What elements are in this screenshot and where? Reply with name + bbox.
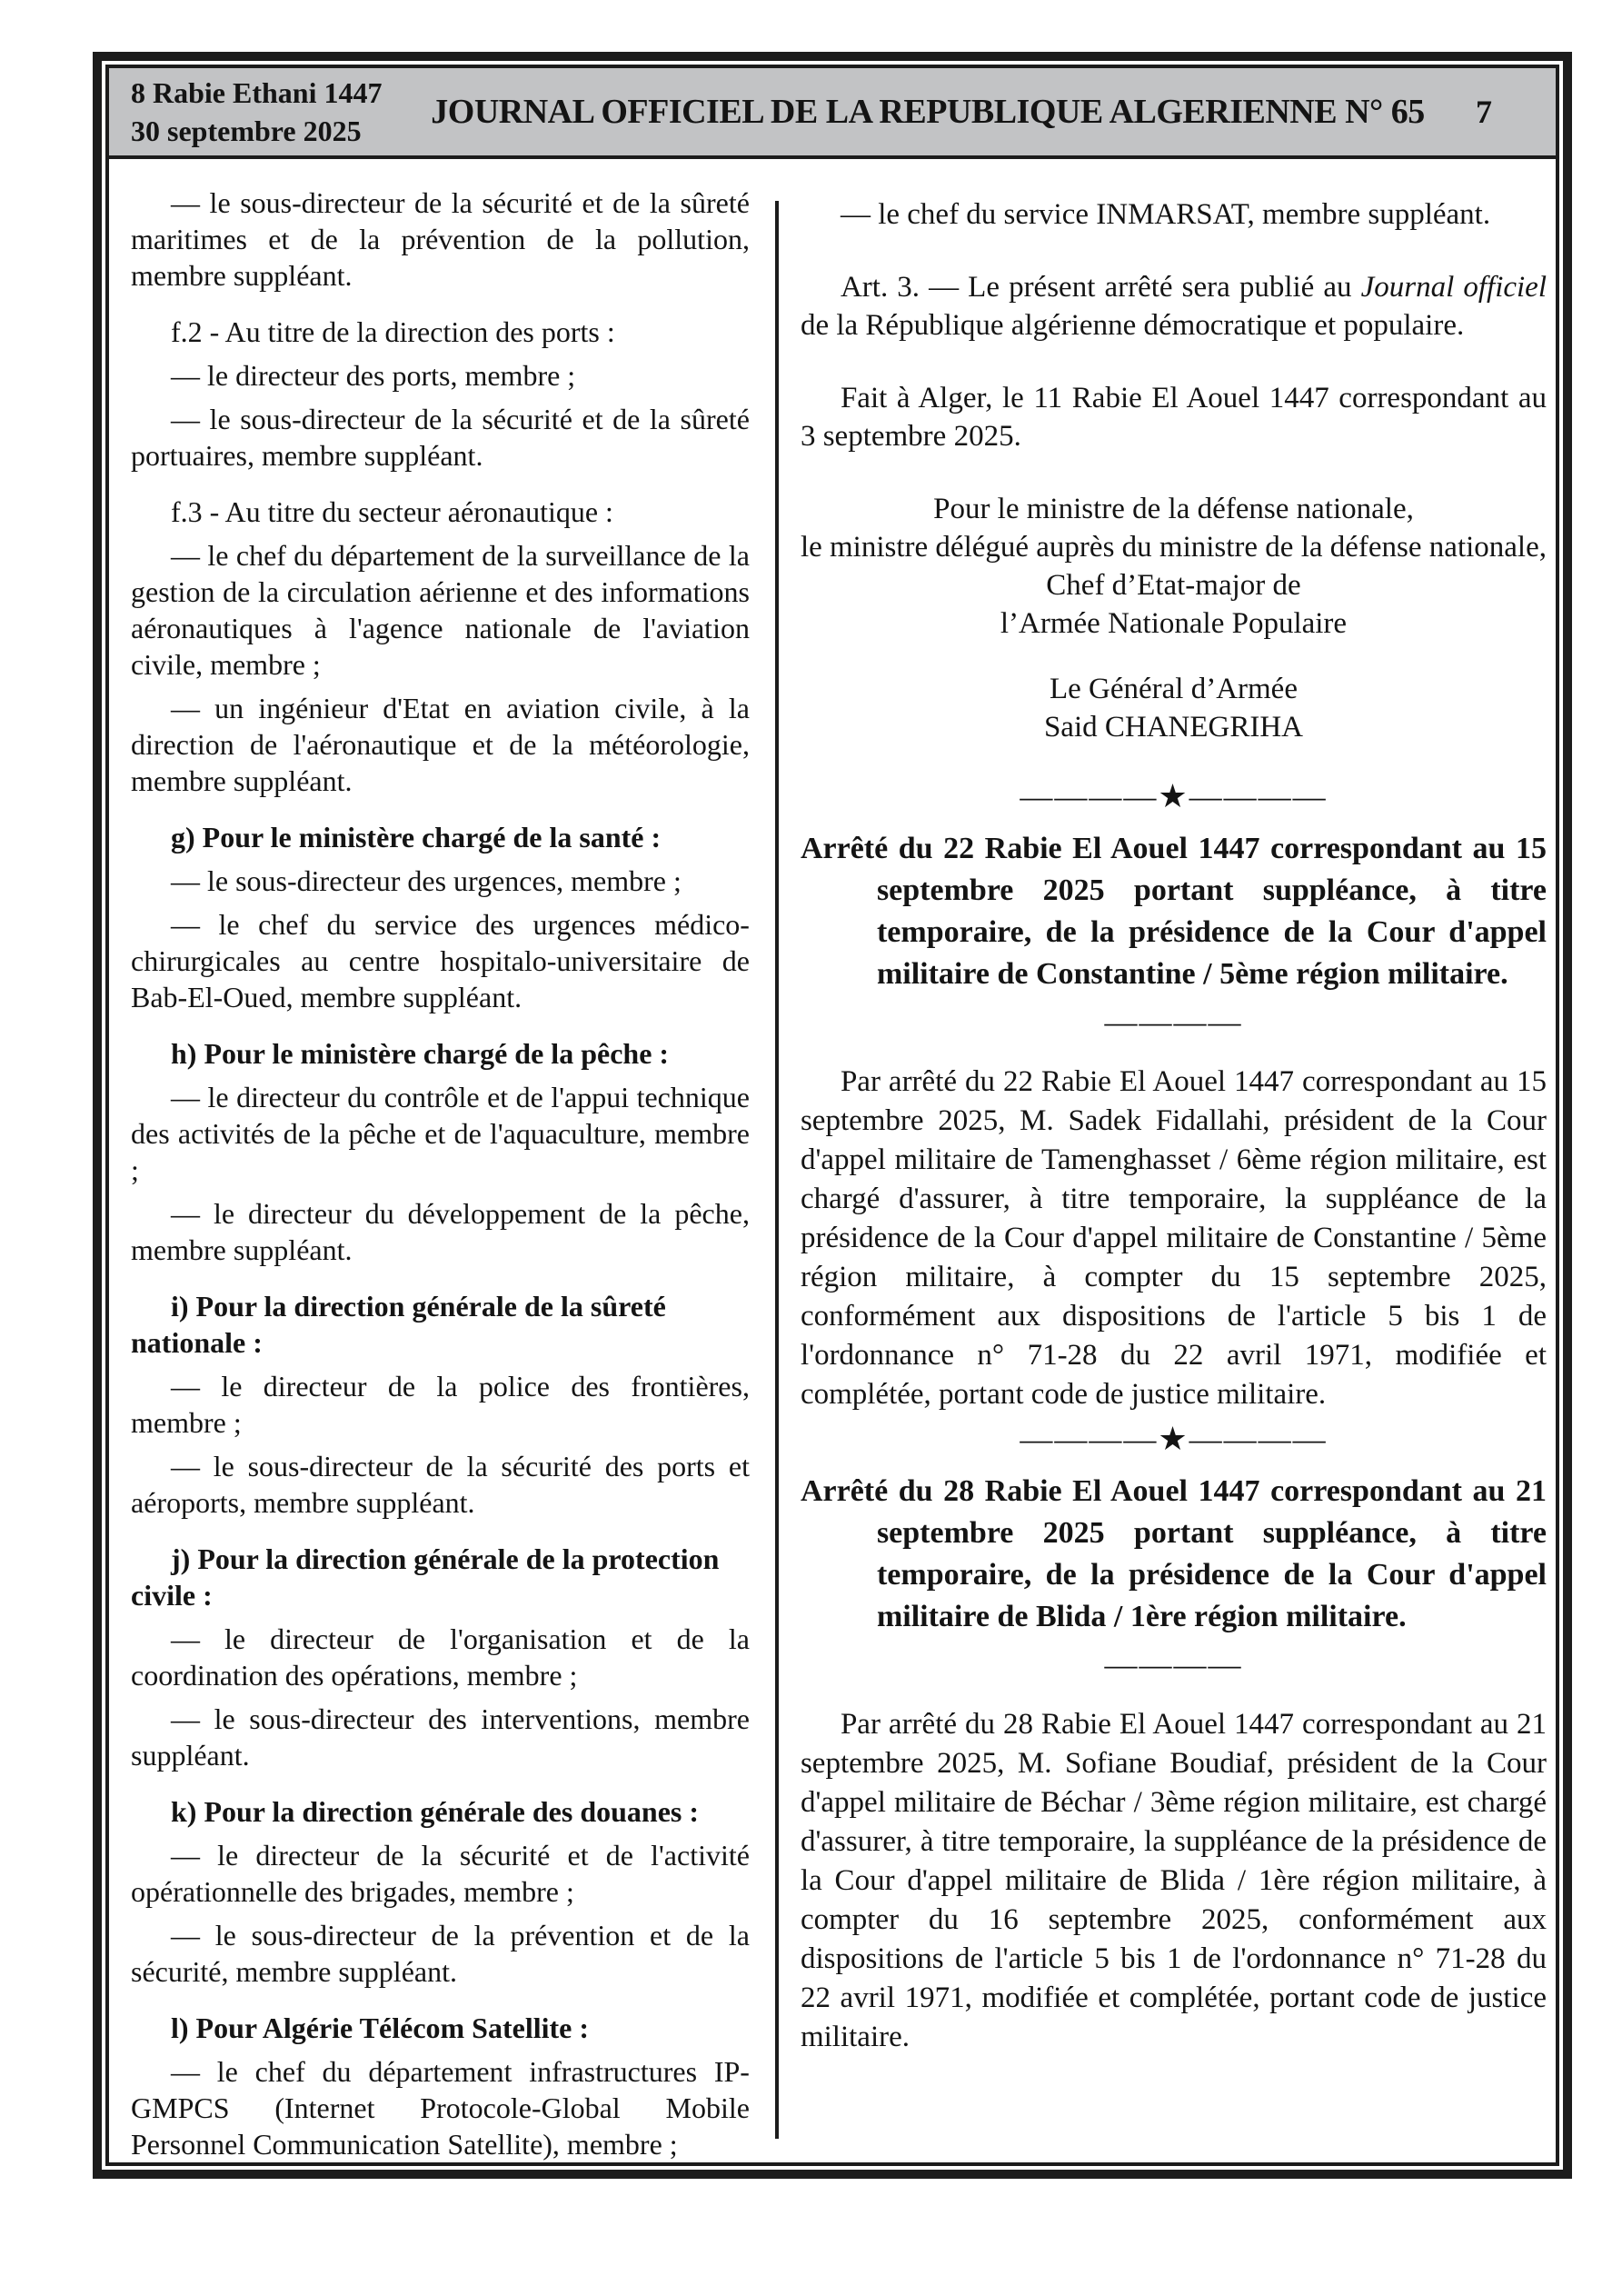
text-line: Le Général d’Armée: [801, 670, 1547, 708]
right-column: — le chef du service INMARSAT, membre su…: [779, 159, 1556, 2166]
text-segment: de la République algérienne démocratique…: [801, 309, 1464, 342]
section-heading: h) Pour le ministère chargé de la pêche …: [131, 1035, 750, 1072]
italic-journal-reference: Journal officiel: [1361, 271, 1547, 304]
paragraph: — le directeur de la sécurité et de l'ac…: [131, 1837, 750, 1910]
dash-separator: ————: [801, 1645, 1547, 1683]
signatory-titles: Pour le ministre de la défense nationale…: [801, 490, 1547, 643]
paragraph: — le sous-directeur de la sécurité et de…: [131, 185, 750, 294]
header-dates: 8 Rabie Ethani 1447 30 septembre 2025: [109, 74, 431, 150]
paragraph: — le directeur de la police des frontièr…: [131, 1368, 750, 1441]
section-heading: f.2 - Au titre de la direction des ports…: [131, 314, 750, 350]
paragraph: — le sous-directeur des interventions, m…: [131, 1701, 750, 1773]
journal-header-band: 8 Rabie Ethani 1447 30 septembre 2025 JO…: [109, 68, 1556, 159]
dash-separator: ————: [801, 1003, 1547, 1041]
paragraph: — le chef du département de la surveilla…: [131, 537, 750, 683]
paragraph: — le directeur du contrôle et de l'appui…: [131, 1079, 750, 1188]
text-line: Pour le ministre de la défense nationale…: [801, 490, 1547, 528]
text-line: Said CHANEGRIHA: [801, 708, 1547, 746]
paragraph: — le directeur de l'organisation et de l…: [131, 1621, 750, 1693]
page-frame: 8 Rabie Ethani 1447 30 septembre 2025 JO…: [93, 52, 1572, 2179]
decree-body: Par arrêté du 22 Rabie El Aouel 1447 cor…: [801, 1063, 1547, 1414]
journal-title: JOURNAL OFFICIEL DE LA REPUBLIQUE ALGERI…: [431, 92, 1425, 132]
section-heading: j) Pour la direction générale de la prot…: [131, 1541, 750, 1613]
paragraph: — le directeur du développement de la pê…: [131, 1195, 750, 1268]
page-frame-inner: 8 Rabie Ethani 1447 30 septembre 2025 JO…: [105, 65, 1559, 2166]
header-date-gregorian: 30 septembre 2025: [131, 112, 431, 150]
paragraph: — le chef du service des urgences médico…: [131, 906, 750, 1015]
paragraph: — le sous-directeur de la sécurité des p…: [131, 1448, 750, 1521]
paragraph: — le chef du département infrastructures…: [131, 2053, 750, 2162]
page-number: 7: [1425, 93, 1556, 131]
paragraph: — un ingénieur d'Etat en aviation civile…: [131, 690, 750, 799]
section-heading: i) Pour la direction générale de la sûre…: [131, 1288, 750, 1361]
decree-heading: Arrêté du 28 Rabie El Aouel 1447 corresp…: [801, 1471, 1547, 1638]
section-heading: k) Pour la direction générale des douane…: [131, 1793, 750, 1830]
paragraph: — le sous-directeur de la prévention et …: [131, 1917, 750, 1990]
paragraph: — le sous-directeur des urgences, membre…: [131, 863, 750, 899]
decree-body: Par arrêté du 28 Rabie El Aouel 1447 cor…: [801, 1705, 1547, 2057]
date-of-signature: Fait à Alger, le 11 Rabie El Aouel 1447 …: [801, 379, 1547, 455]
star-separator: ————★————: [801, 1420, 1547, 1458]
text-line: l’Armée Nationale Populaire: [801, 604, 1547, 643]
article-3-paragraph: Art. 3. — Le présent arrêté sera publié …: [801, 268, 1547, 344]
page-content: — le sous-directeur de la sécurité et de…: [109, 159, 1556, 2166]
signature-block: Le Général d’ArméeSaid CHANEGRIHA: [801, 670, 1547, 746]
paragraph: — le chef du service INMARSAT, membre su…: [801, 195, 1547, 234]
paragraph: — le sous-directeur de la sécurité et de…: [131, 401, 750, 474]
text-line: Chef d’Etat-major de: [801, 566, 1547, 604]
text-segment: Art. 3. — Le présent arrêté sera publié …: [841, 271, 1361, 304]
decree-heading: Arrêté du 22 Rabie El Aouel 1447 corresp…: [801, 828, 1547, 995]
section-heading: f.3 - Au titre du secteur aéronautique :: [131, 494, 750, 530]
header-date-hijri: 8 Rabie Ethani 1447: [131, 74, 431, 112]
star-separator: ————★————: [801, 777, 1547, 815]
paragraph: — le directeur des ports, membre ;: [131, 357, 750, 394]
section-heading: g) Pour le ministère chargé de la santé …: [131, 819, 750, 855]
text-line: le ministre délégué auprès du ministre d…: [801, 528, 1547, 566]
left-column: — le sous-directeur de la sécurité et de…: [109, 159, 775, 2166]
section-heading: l) Pour Algérie Télécom Satellite :: [131, 2010, 750, 2046]
